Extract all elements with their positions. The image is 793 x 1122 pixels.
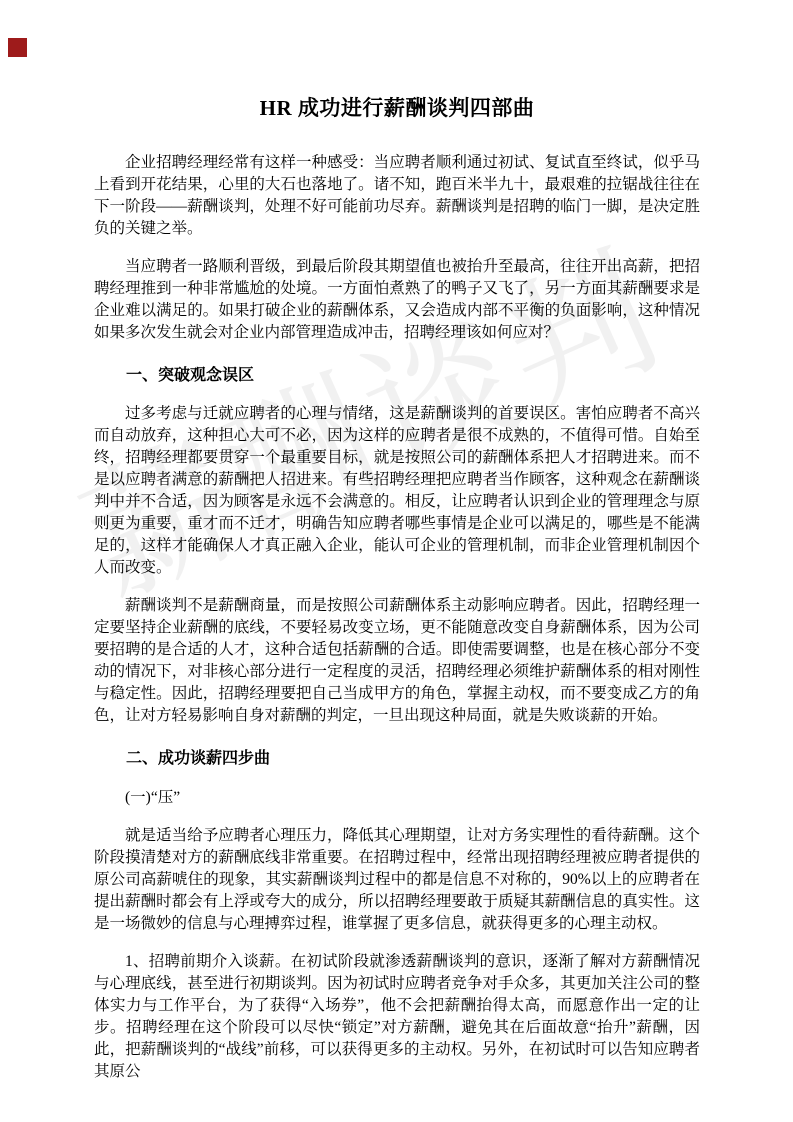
red-stamp [8,38,27,57]
paragraph-principle: 薪酬谈判不是薪酬商量，而是按照公司薪酬体系主动影响应聘者。因此，招聘经理一定要坚… [94,595,700,727]
section-heading-2: 二、成功谈薪四步曲 [94,748,700,770]
paragraph-early-negotiation: 1、招聘前期介入谈薪。在初试阶段就渗透薪酬谈判的意识，逐渐了解对方薪酬情况与心理… [94,951,700,1083]
paragraph-intro: 企业招聘经理经常有这样一种感受：当应聘者顺利通过初试、复试直至终试，似乎马上看到… [94,152,700,240]
paragraph-press: 就是适当给予应聘者心理压力，降低其心理期望，让对方务实理性的看待薪酬。这个阶段摸… [94,825,700,935]
page-title: HR 成功进行薪酬谈判四部曲 [94,96,700,120]
paragraph-misconception: 过多考虑与迁就应聘者的心理与情绪，这是薪酬谈判的首要误区。害怕应聘者不高兴而自动… [94,403,700,579]
section-heading-1: 一、突破观念误区 [94,365,700,387]
document-page: 薪酬谈判 HR 成功进行薪酬谈判四部曲 企业招聘经理经常有这样一种感受：当应聘者… [0,0,793,1122]
sub-heading-press: (一)“压” [94,787,700,809]
paragraph-problem: 当应聘者一路顺利晋级，到最后阶段其期望值也被抬升至最高，往往开出高薪，把招聘经理… [94,256,700,344]
document-content: HR 成功进行薪酬谈判四部曲 企业招聘经理经常有这样一种感受：当应聘者顺利通过初… [94,96,700,1083]
